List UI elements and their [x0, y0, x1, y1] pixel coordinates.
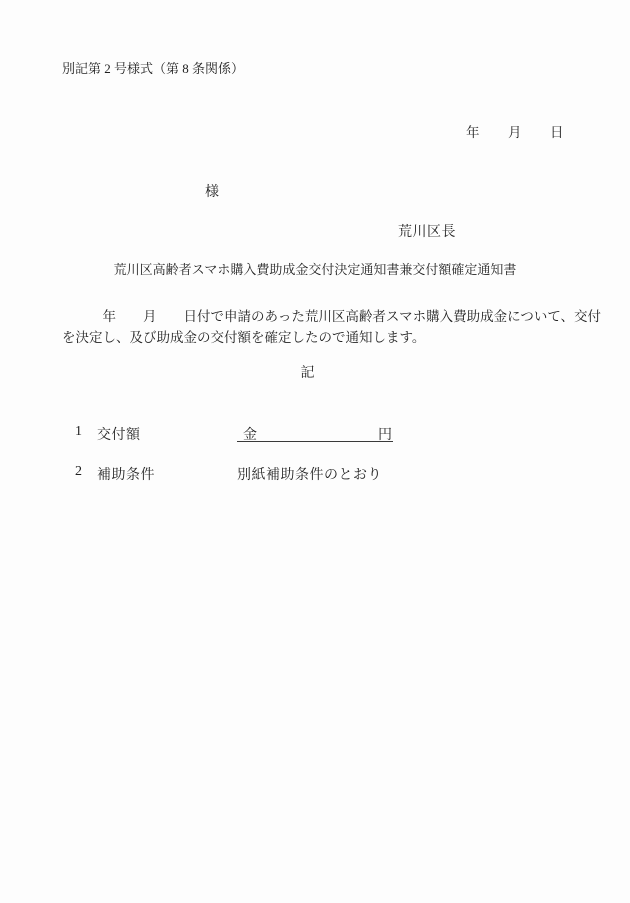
body-paragraph-line1: 年 月 日付で申請のあった荒川区高齢者スマホ購入費助成金について、交付 [62, 309, 601, 325]
amount-suffix-en: 円 [378, 424, 392, 444]
document-title: 荒川区高齢者スマホ購入費助成金交付決定通知書兼交付額確定通知書 [0, 263, 630, 278]
item-number-2: 2 [75, 464, 82, 480]
item-row-grant-amount: 1 交付額 金 円 [0, 424, 630, 444]
item-number-1: 1 [75, 424, 82, 440]
record-marker: 記 [0, 366, 615, 382]
item-label-subsidy-conditions: 補助条件 [97, 464, 155, 484]
body-paragraph-line2: を決定し、及び助成金の交付額を確定したので通知します。 [62, 330, 425, 346]
amount-prefix-yen-kanji: 金 [243, 424, 257, 444]
date-blank-line: 年 月 日 [466, 125, 564, 141]
sender-name: 荒川区長 [398, 225, 456, 241]
item-row-subsidy-conditions: 2 補助条件 別紙補助条件のとおり [0, 464, 630, 484]
recipient-honorific: 様 [205, 185, 219, 201]
document-page: 別記第 2 号様式（第 8 条関係） 年 月 日 様 荒川区長 荒川区高齢者スマ… [0, 0, 630, 903]
amount-blank-field: 金 円 [237, 424, 393, 442]
item-value-subsidy-conditions: 別紙補助条件のとおり [237, 464, 382, 484]
form-number-label: 別記第 2 号様式（第 8 条関係） [62, 62, 244, 77]
item-label-grant-amount: 交付額 [97, 424, 141, 444]
